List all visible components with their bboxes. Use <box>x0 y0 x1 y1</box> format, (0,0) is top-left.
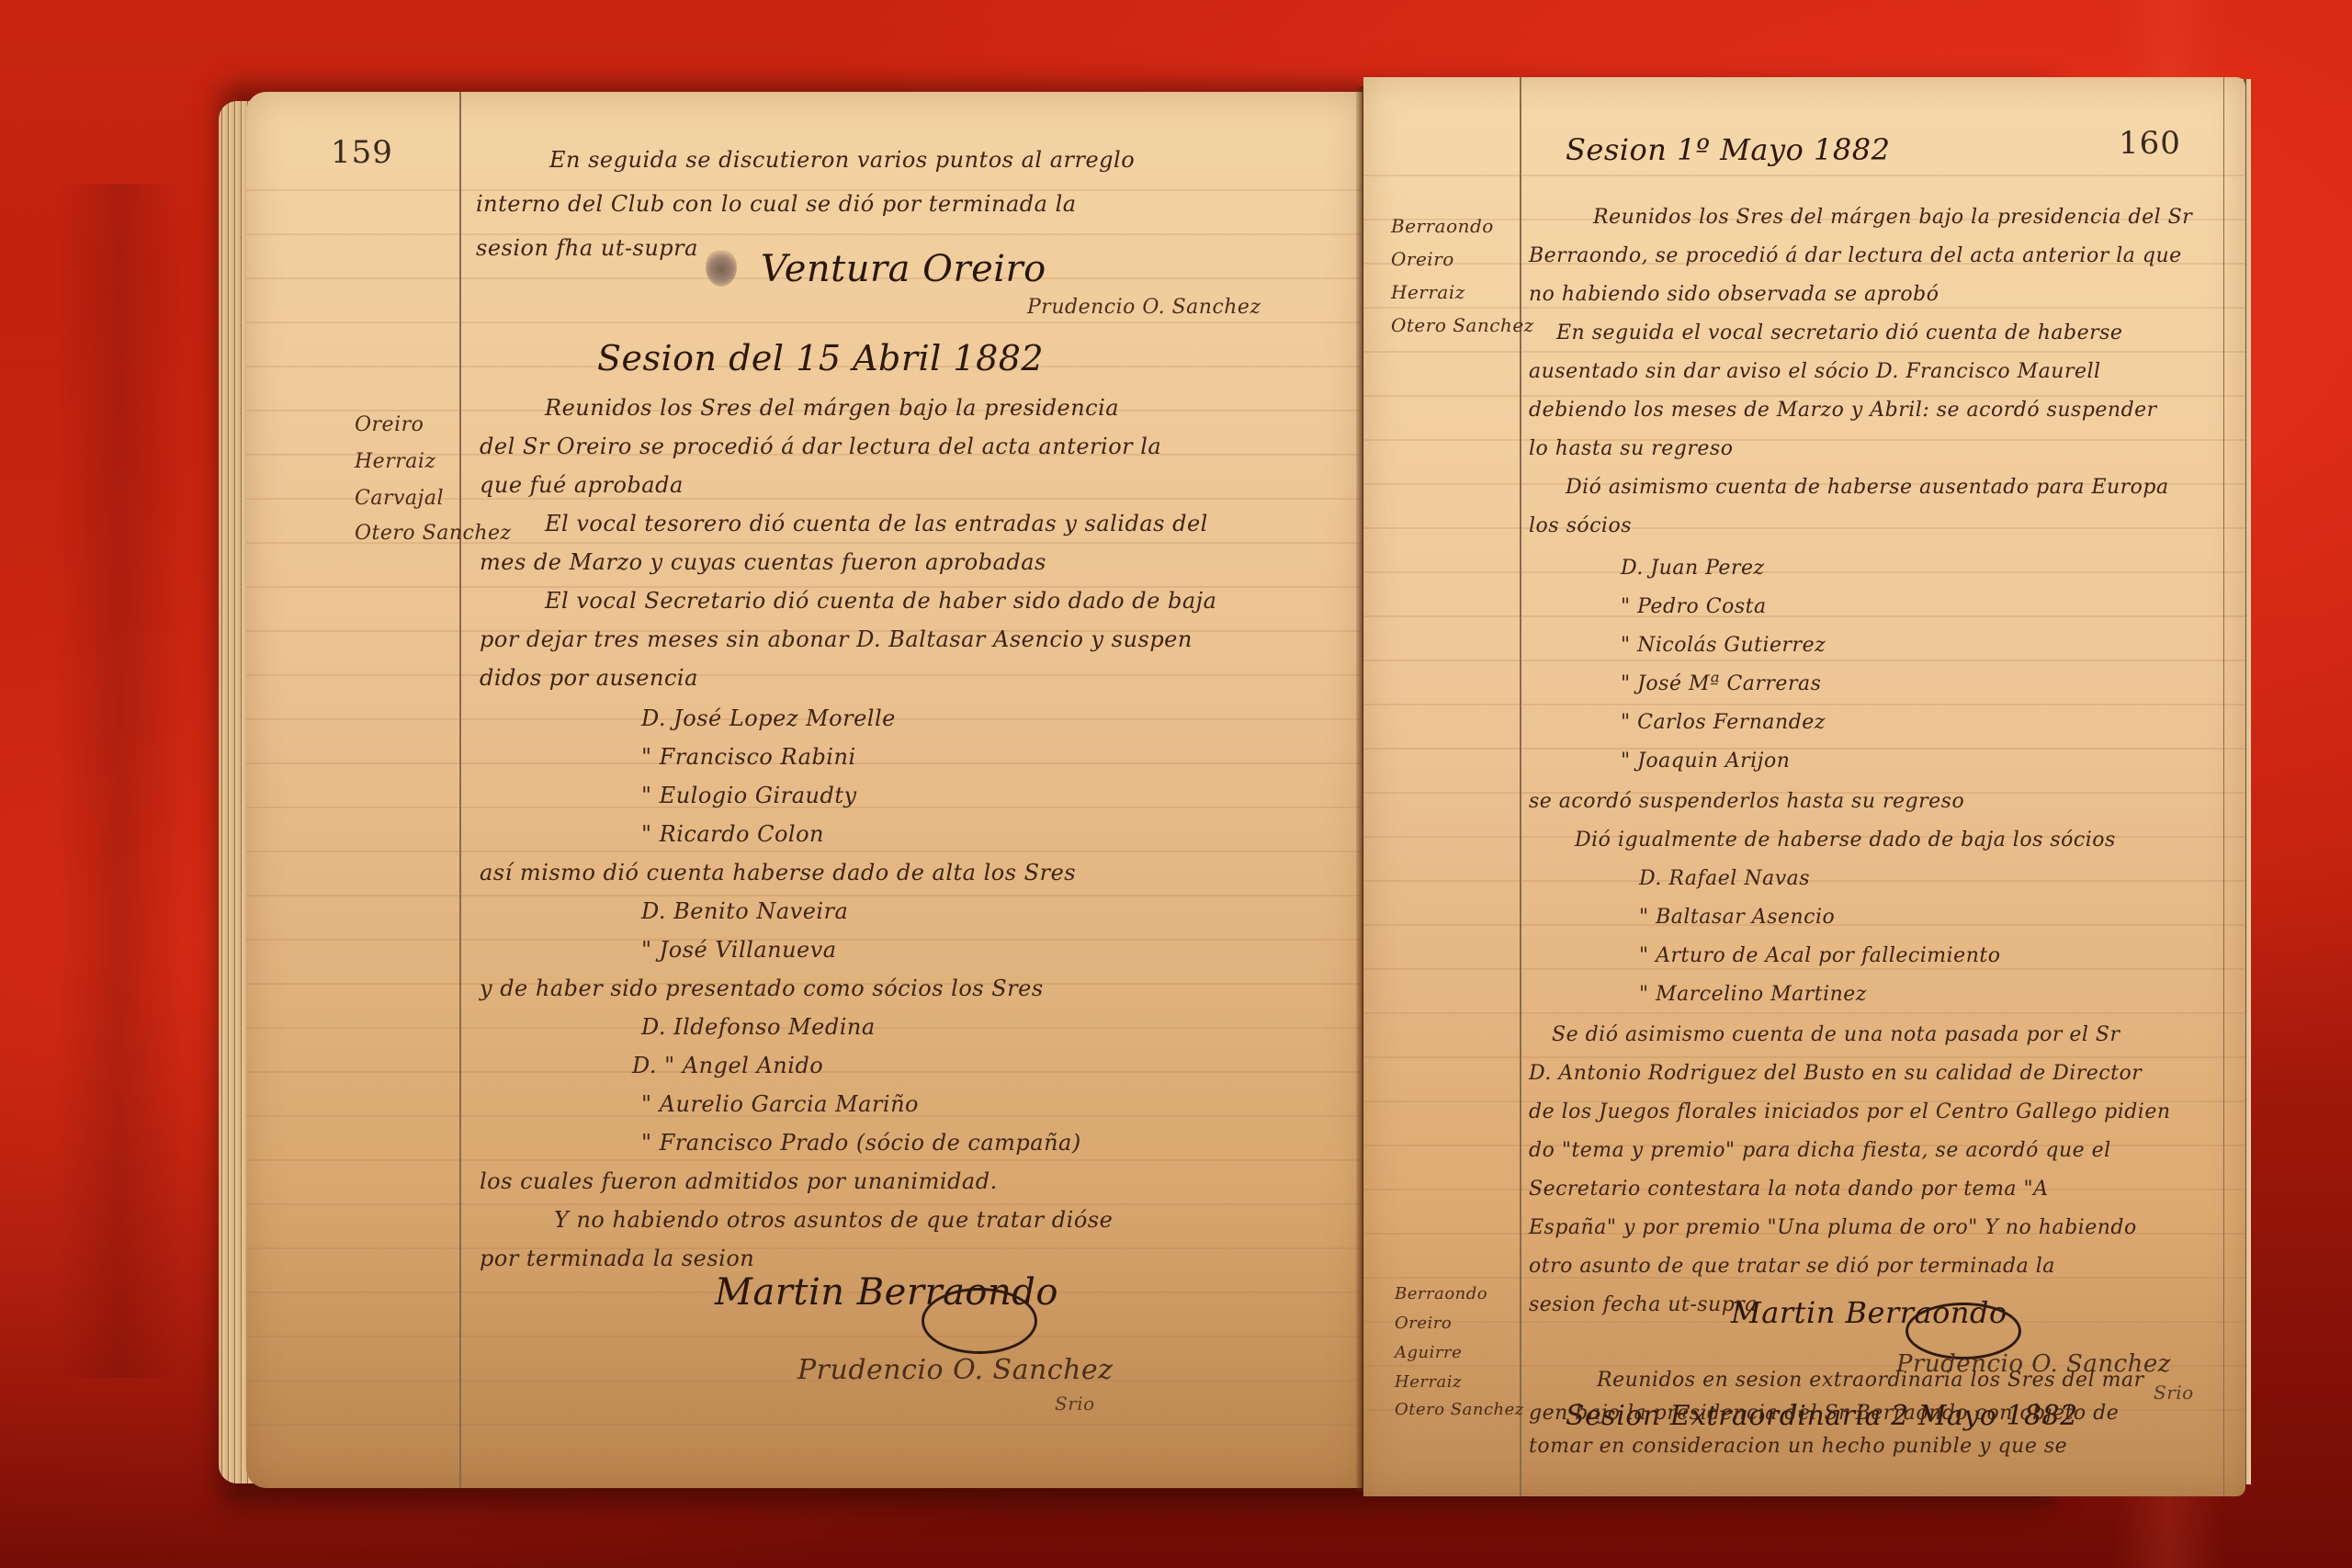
text-line: y de haber sido presentado como sócios l… <box>480 976 1044 1001</box>
text-line: otro asunto de que tratar se dió por ter… <box>1529 1255 2055 1278</box>
text-line: lo hasta su regreso <box>1529 437 1733 460</box>
text-line: mes de Marzo y cuyas cuentas fueron apro… <box>480 549 1046 575</box>
text-line: debiendo los meses de Marzo y Abril: se … <box>1529 399 2157 422</box>
member-name: " Ricardo Colon <box>641 821 824 847</box>
member-name: D. Ildefonso Medina <box>641 1014 876 1040</box>
member-name: D. José Lopez Morelle <box>641 705 896 731</box>
signature-role: Srio <box>1055 1393 1095 1415</box>
session-title: Sesion del 15 Abril 1882 <box>597 338 1044 378</box>
right-page: 160 Sesion 1º Mayo 1882 Berraondo Oreiro… <box>1363 77 2245 1496</box>
text-line: Dió asimismo cuenta de haberse ausentado… <box>1566 476 2169 499</box>
text-line: El vocal Secretario dió cuenta de haber … <box>545 588 1216 614</box>
text-line: no habiendo sido observada se aprobó <box>1529 283 1939 306</box>
member-name: " Marcelino Martinez <box>1639 983 1867 1006</box>
margin-rule <box>459 92 461 1488</box>
text-line: se acordó suspenderlos hasta su regreso <box>1529 790 1964 813</box>
member-name: " Joaquin Arijon <box>1621 750 1790 773</box>
signature-flourish <box>922 1288 1037 1354</box>
ledger-book: 159 En seguida se discutieron varios pun… <box>209 59 2056 1492</box>
member-name: " Aurelio Garcia Mariño <box>641 1091 919 1117</box>
text-line: así mismo dió cuenta haberse dado de alt… <box>480 860 1076 886</box>
member-name: " José Villanueva <box>641 937 837 963</box>
text-line: sesion fecha ut-supra <box>1529 1293 1758 1316</box>
ink-blot <box>706 248 737 287</box>
cloth-fold <box>55 184 184 1378</box>
member-name: " Nicolás Gutierrez <box>1621 634 1826 657</box>
margin-attendee: Herraiz <box>1391 281 1465 303</box>
member-name: " Francisco Prado (sócio de campaña) <box>641 1130 1081 1156</box>
margin-attendee: Berraondo <box>1395 1284 1487 1303</box>
member-name: D. Rafael Navas <box>1639 867 1810 890</box>
text-line: Reunidos los Sres del márgen bajo la pre… <box>545 395 1119 421</box>
left-page: 159 En seguida se discutieron varios pun… <box>246 92 1363 1488</box>
margin-attendee: Otero Sanchez <box>355 522 512 545</box>
text-line: tomar en consideracion un hecho punible … <box>1529 1435 2067 1458</box>
member-name: D. " Angel Anido <box>632 1053 823 1078</box>
text-line: Berraondo, se procedió á dar lectura del… <box>1529 244 2182 267</box>
margin-attendee: Oreiro <box>1395 1314 1452 1333</box>
signature-role: Srio <box>2154 1382 2194 1404</box>
text-line: didos por ausencia <box>480 665 698 691</box>
text-line: do "tema y premio" para dicha fiesta, se… <box>1529 1139 2111 1162</box>
member-name: " Francisco Rabini <box>641 744 856 770</box>
member-name: " Arturo de Acal por fallecimiento <box>1639 944 2000 967</box>
margin-attendee: Herraiz <box>355 450 435 473</box>
margin-attendee: Aguirre <box>1395 1343 1462 1362</box>
signature-ventura-oreiro: Ventura Oreiro <box>761 248 1046 290</box>
margin-attendee: Oreiro <box>355 413 424 436</box>
text-line: del Sr Oreiro se procedió á dar lectura … <box>480 434 1161 459</box>
text-line: de los Juegos florales iniciados por el … <box>1529 1100 2171 1123</box>
margin-attendee: Otero Sanchez <box>1395 1400 1524 1419</box>
right-edge-rule <box>2223 77 2224 1496</box>
text-line: Se dió asimismo cuenta de una nota pasad… <box>1552 1023 2120 1046</box>
text-line: interno del Club con lo cual se dió por … <box>476 191 1077 217</box>
margin-attendee: Herraiz <box>1395 1372 1462 1392</box>
text-line: Dió igualmente de haberse dado de baja l… <box>1575 829 2116 852</box>
text-line: gen bajo la presidencia del Sr Berraondo… <box>1529 1402 2119 1425</box>
member-name: " José Mª Carreras <box>1621 672 1821 695</box>
margin-rule <box>1520 77 1521 1496</box>
text-line: los cuales fueron admitidos por unanimid… <box>480 1168 998 1194</box>
page-number: 160 <box>2119 125 2181 162</box>
member-name: " Pedro Costa <box>1621 595 1767 618</box>
text-line: Reunidos los Sres del márgen bajo la pre… <box>1593 206 2192 229</box>
text-line: Secretario contestara la nota dando por … <box>1529 1178 2049 1201</box>
session-title: Sesion 1º Mayo 1882 <box>1566 132 1890 167</box>
member-name: D. Juan Perez <box>1621 557 1765 580</box>
text-line: por terminada la sesion <box>480 1246 754 1271</box>
member-name: " Carlos Fernandez <box>1621 711 1826 734</box>
margin-attendee: Berraondo <box>1391 215 1494 237</box>
member-name: " Baltasar Asencio <box>1639 906 1835 929</box>
margin-attendee: Oreiro <box>1391 248 1454 270</box>
page-number: 159 <box>331 134 393 171</box>
text-line: D. Antonio Rodriguez del Busto en su cal… <box>1529 1062 2142 1085</box>
signature-sub: Prudencio O. Sanchez <box>1027 296 1261 319</box>
text-line: El vocal tesorero dió cuenta de las entr… <box>545 511 1208 536</box>
text-line: los sócios <box>1529 514 1632 537</box>
text-line: que fué aprobada <box>480 472 684 498</box>
text-line: ausentado sin dar aviso el sócio D. Fran… <box>1529 360 2101 383</box>
text-line: En seguida se discutieron varios puntos … <box>549 147 1135 173</box>
text-line: Y no habiendo otros asuntos de que trata… <box>554 1207 1113 1233</box>
member-name: " Eulogio Giraudty <box>641 783 857 808</box>
text-line: por dejar tres meses sin abonar D. Balta… <box>480 626 1193 652</box>
signature-prudencio-sanchez: Prudencio O. Sanchez <box>797 1354 1113 1386</box>
margin-attendee: Otero Sanchez <box>1391 314 1534 336</box>
margin-attendee: Carvajal <box>355 487 444 510</box>
text-line: España" y por premio "Una pluma de oro" … <box>1529 1216 2137 1239</box>
text-line: sesion fha ut-supra <box>476 235 698 261</box>
member-name: D. Benito Naveira <box>641 898 848 924</box>
text-line: En seguida el vocal secretario dió cuent… <box>1556 321 2122 344</box>
text-line: Reunidos en sesion extraordinaria los Sr… <box>1597 1369 2144 1392</box>
